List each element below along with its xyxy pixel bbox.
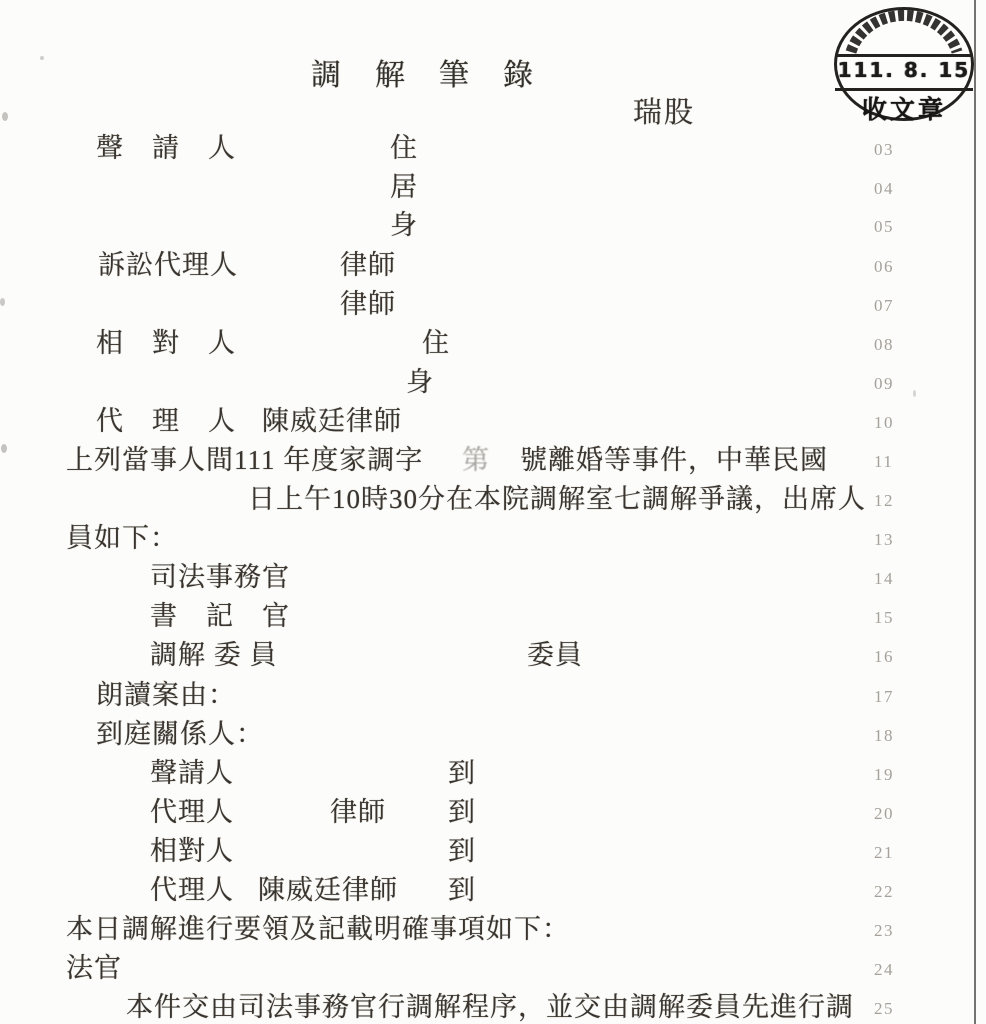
line-number: 15 [874, 608, 894, 628]
line-number: 09 [874, 374, 894, 394]
stamp-bottom-text: 收文章 [837, 90, 971, 126]
line-number: 07 [874, 296, 894, 316]
text-segment: 訴訟代理人 [98, 250, 238, 280]
text-segment: 聲請人 [150, 758, 234, 788]
text-segment: 相對人 [150, 836, 234, 866]
line-number: 22 [874, 882, 894, 902]
text-segment: 調解 委 員 [150, 640, 278, 670]
text-segment: 代理人 [150, 797, 234, 827]
scan-speck [0, 298, 5, 306]
text-segment: 律師 [330, 797, 386, 827]
text-segment: 代 理 人 [96, 406, 236, 436]
line-number: 04 [874, 179, 894, 199]
scan-speck [40, 56, 44, 60]
line-number: 23 [874, 921, 894, 941]
stamp-date: 111. 8. 15 [837, 58, 971, 82]
scan-speck [2, 112, 8, 121]
line-number: 06 [874, 257, 894, 277]
received-stamp: 111. 8. 15 收文章 [834, 7, 974, 121]
line-number: 10 [874, 413, 894, 433]
text-segment: 本件交由司法事務官行調解程序，並交由調解委員先進行調 [126, 992, 854, 1022]
line-number: 12 [874, 491, 894, 511]
text-segment: 法官 [66, 953, 122, 983]
text-segment: 住 [422, 328, 450, 358]
line-number: 20 [874, 804, 894, 824]
line-number: 11 [874, 452, 893, 472]
line-number: 25 [874, 999, 894, 1019]
text-segment: 身 [406, 367, 434, 397]
division-label: 瑞股 [633, 90, 695, 131]
text-segment: 住 [390, 133, 418, 163]
text-segment: 本日調解進行要領及記載明確事項如下： [66, 914, 570, 944]
text-segment: 日上午10時30分在本院調解室七調解爭議，出席人 [248, 484, 866, 514]
text-segment: 相 對 人 [96, 328, 236, 358]
text-segment: 律師 [340, 289, 396, 319]
line-number: 03 [874, 140, 894, 160]
text-segment: 聲 請 人 [96, 133, 236, 163]
line-number: 16 [874, 647, 894, 667]
text-segment: 到 [448, 836, 476, 866]
text-segment: 到 [448, 875, 476, 905]
line-number: 14 [874, 569, 894, 589]
line-number: 08 [874, 335, 894, 355]
scanned-document-page: 調 解 筆 錄 瑞股 111. 8. 15 收文章 聲 請 人住03居04身05… [0, 0, 986, 1024]
line-number: 13 [874, 530, 894, 550]
scan-right-border [974, 0, 976, 1024]
scan-speck [1, 444, 7, 453]
text-segment: 到 [448, 758, 476, 788]
document-title: 調 解 筆 錄 [311, 50, 535, 94]
line-number: 19 [874, 765, 894, 785]
line-number: 21 [874, 843, 894, 863]
text-segment: 居 [390, 172, 418, 202]
line-number: 24 [874, 960, 894, 980]
line-number: 17 [874, 687, 894, 707]
text-segment: 陳威廷律師 [262, 406, 402, 436]
text-segment: 書 記 官 [150, 601, 290, 631]
text-segment: 號離婚等事件，中華民國 [520, 445, 828, 475]
stamp-arc-smudge-icon [837, 10, 971, 56]
text-segment: 身 [390, 210, 418, 240]
text-segment: 陳威廷律師 [258, 875, 398, 905]
text-segment: 第 [462, 445, 490, 475]
scan-speck [913, 390, 916, 397]
text-segment: 上列當事人間111 年度家調字 [66, 445, 423, 475]
text-segment: 律師 [340, 250, 396, 280]
text-segment: 到 [448, 797, 476, 827]
text-segment: 代理人 [150, 875, 234, 905]
stamp-band-top-line [835, 54, 973, 57]
text-segment: 到庭關係人： [96, 719, 264, 749]
text-segment: 員如下： [66, 523, 178, 553]
text-segment: 委員 [527, 640, 583, 670]
line-number: 18 [874, 726, 894, 746]
text-segment: 司法事務官 [150, 562, 290, 592]
text-segment: 朗讀案由： [96, 680, 236, 710]
line-number: 05 [874, 217, 894, 237]
